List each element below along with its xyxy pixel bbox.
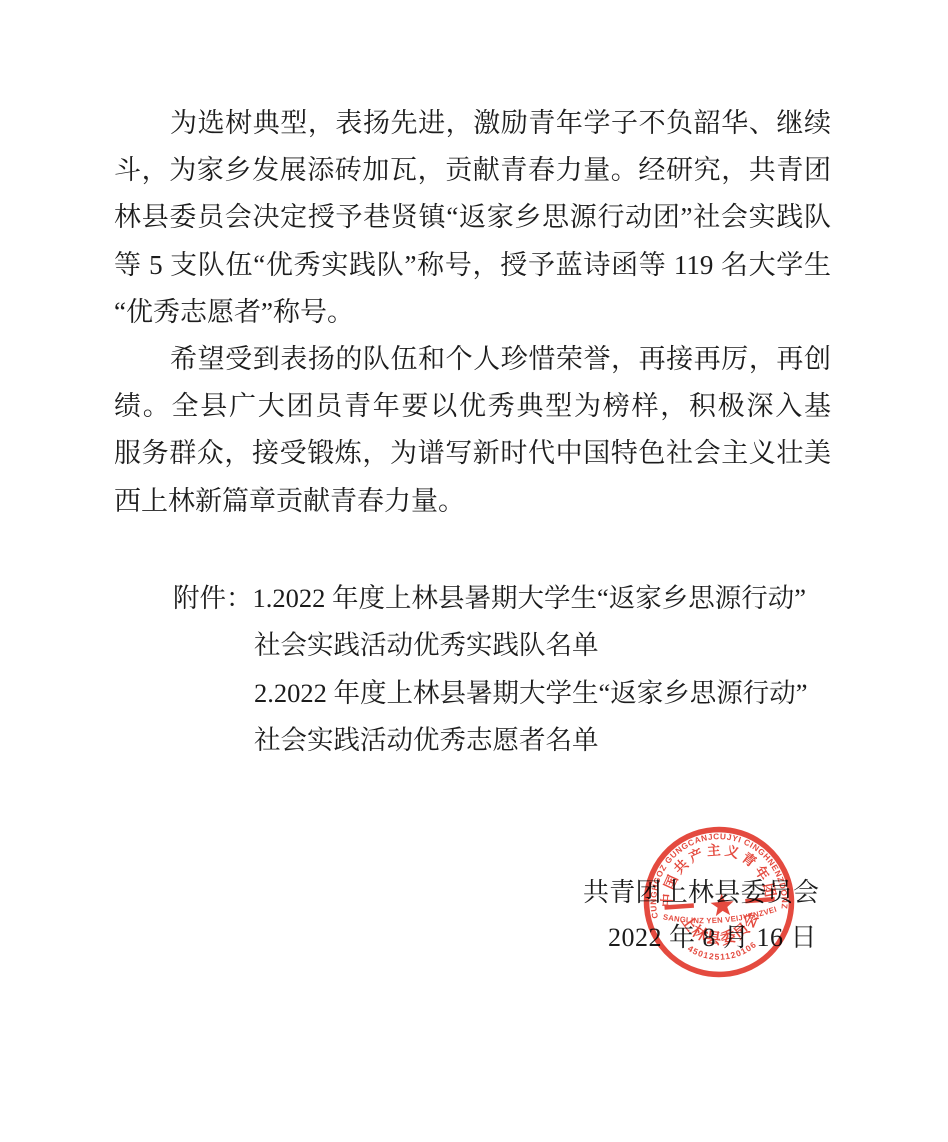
attachment-item1-line1: 附件：1.2022 年度上林县暑期大学生“返家乡思源行动”: [173, 575, 808, 622]
paragraph2-line2: 绩。全县广大团员青年要以优秀典型为榜样，积极深入基层，: [114, 383, 831, 430]
document-page: 为选树典型，表扬先进，激励青年学子不负韶华、继续奋 斗，为家乡发展添砖加瓦，贡献…: [0, 0, 948, 1142]
attachment-item1-line2: 社会实践活动优秀实践队名单: [254, 622, 808, 669]
paragraph2-line3: 服务群众，接受锻炼，为谱写新时代中国特色社会主义壮美广: [114, 430, 831, 477]
paragraph1-line1: 为选树典型，表扬先进，激励青年学子不负韶华、继续奋: [114, 100, 831, 147]
attachment-item2-line1: 2.2022 年度上林县暑期大学生“返家乡思源行动”: [254, 670, 808, 717]
seal-right-bar: [745, 897, 775, 903]
paragraph2-line1: 希望受到表扬的队伍和个人珍惜荣誉，再接再厉，再创佳: [114, 336, 831, 383]
attachment-item1-title: 1.2022 年度上林县暑期大学生“返家乡思源行动”: [253, 583, 807, 613]
paragraph1-line3: 林县委员会决定授予巷贤镇“返家乡思源行动团”社会实践队: [114, 194, 831, 241]
seal-star-icon: [710, 892, 735, 916]
paragraph1-line5: “优秀志愿者”称号。: [114, 289, 831, 336]
body-text: 为选树典型，表扬先进，激励青年学子不负韶华、继续奋 斗，为家乡发展添砖加瓦，贡献…: [114, 100, 831, 525]
official-seal: CUNGHGOZ GUNGCANJCUJYI CINGHNENZDONZ 中国共…: [638, 821, 800, 983]
paragraph1-line4: 等 5 支队伍“优秀实践队”称号，授予蓝诗函等 119 名大学生: [114, 242, 831, 289]
attachment-label: 附件：: [173, 583, 253, 613]
paragraph2-line4: 西上林新篇章贡献青春力量。: [114, 478, 831, 525]
attachment-item2-line2: 社会实践活动优秀志愿者名单: [254, 717, 808, 764]
paragraph1-line2: 斗，为家乡发展添砖加瓦，贡献青春力量。经研究，共青团上: [114, 147, 831, 194]
attachment-block: 附件：1.2022 年度上林县暑期大学生“返家乡思源行动” 社会实践活动优秀实践…: [173, 575, 808, 764]
